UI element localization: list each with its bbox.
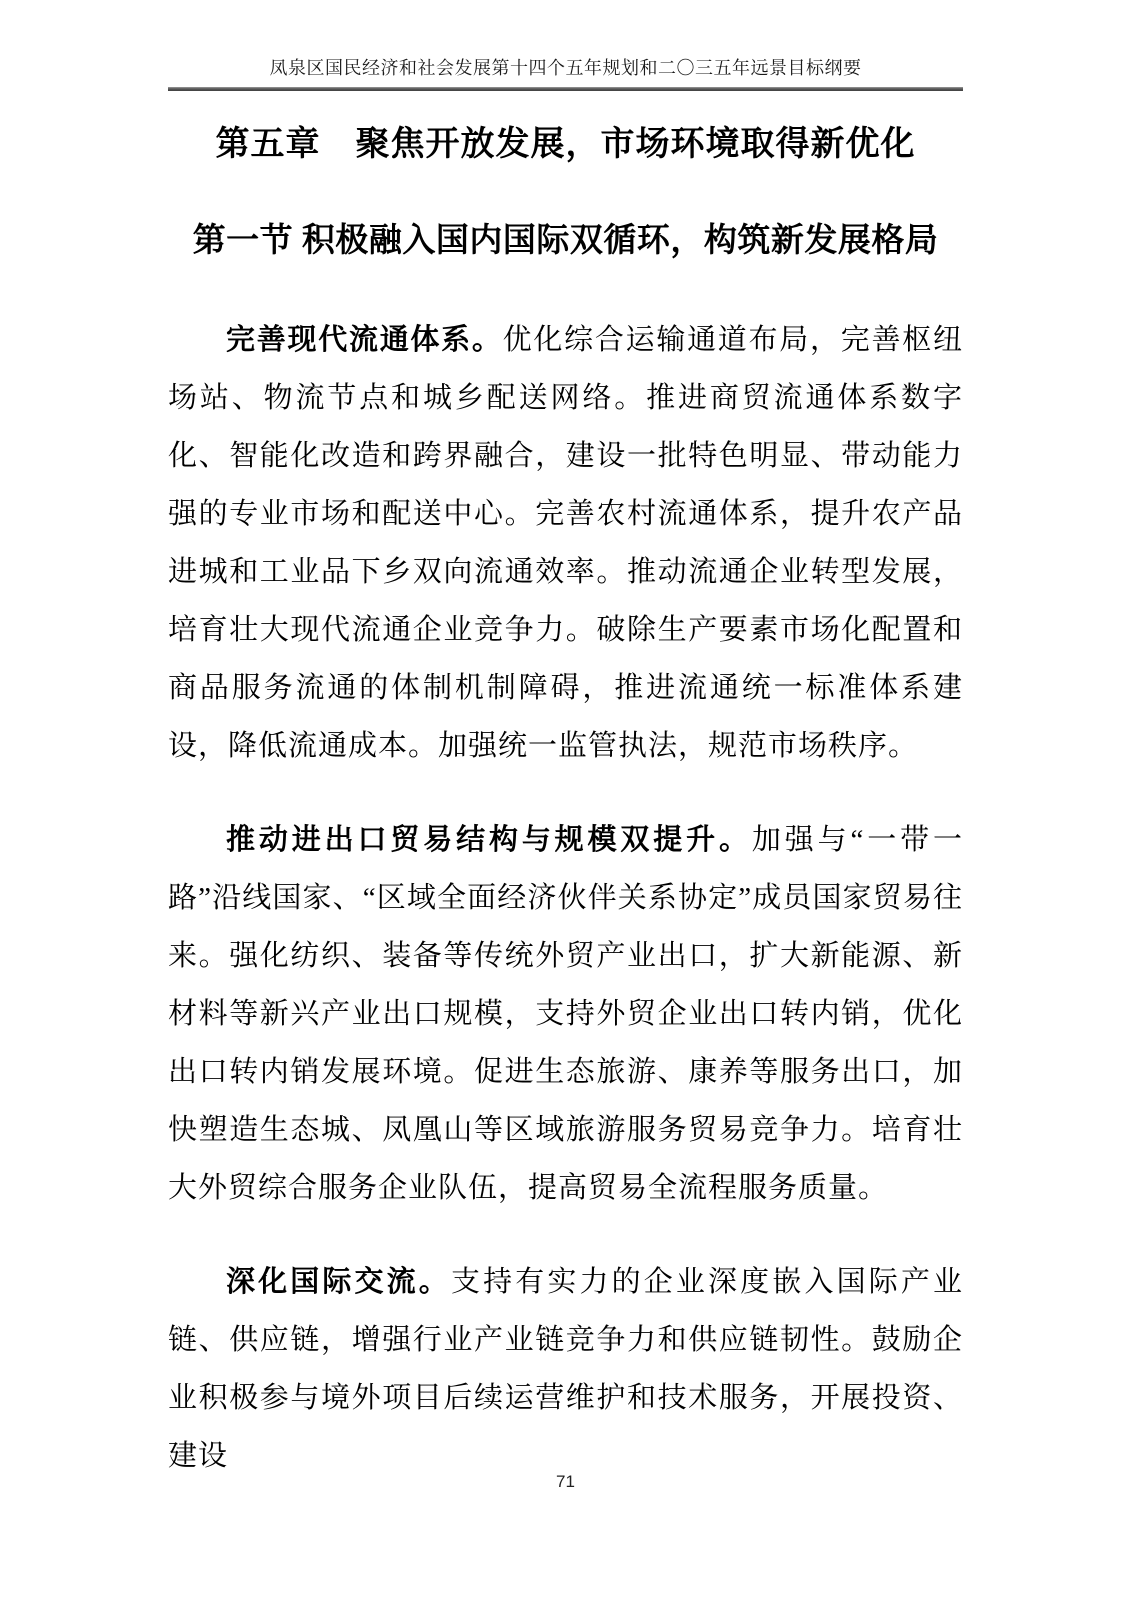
paragraph-lead: 完善现代流通体系。 [226,324,503,356]
header-divider-rule [168,87,963,91]
paragraph-body: 优化综合运输通道布局，完善枢纽场站、物流节点和城乡配送网络。推进商贸流通体系数字… [168,324,963,762]
document-page: 凤泉区国民经济和社会发展第十四个五年规划和二〇三五年远景目标纲要 第五章 聚焦开… [168,0,963,1485]
body-text: 完善现代流通体系。优化综合运输通道布局，完善枢纽场站、物流节点和城乡配送网络。推… [168,311,963,1485]
chapter-title: 第五章 聚焦开放发展，市场环境取得新优化 [168,121,963,169]
page-number: 71 [0,1472,1131,1492]
paragraph: 推动进出口贸易结构与规模双提升。加强与“一带一路”沿线国家、“区域全面经济伙伴关… [168,811,963,1217]
paragraph: 完善现代流通体系。优化综合运输通道布局，完善枢纽场站、物流节点和城乡配送网络。推… [168,311,963,775]
section-title: 第一节 积极融入国内国际双循环，构筑新发展格局 [168,217,963,265]
paragraph: 深化国际交流。支持有实力的企业深度嵌入国际产业链、供应链，增强行业产业链竞争力和… [168,1253,963,1485]
paragraph-body: 加强与“一带一路”沿线国家、“区域全面经济伙伴关系协定”成员国家贸易往来。强化纺… [168,824,963,1204]
paragraph-lead: 深化国际交流。 [226,1266,451,1298]
running-header: 凤泉区国民经济和社会发展第十四个五年规划和二〇三五年远景目标纲要 [168,0,963,80]
paragraph-lead: 推动进出口贸易结构与规模双提升。 [226,824,752,856]
